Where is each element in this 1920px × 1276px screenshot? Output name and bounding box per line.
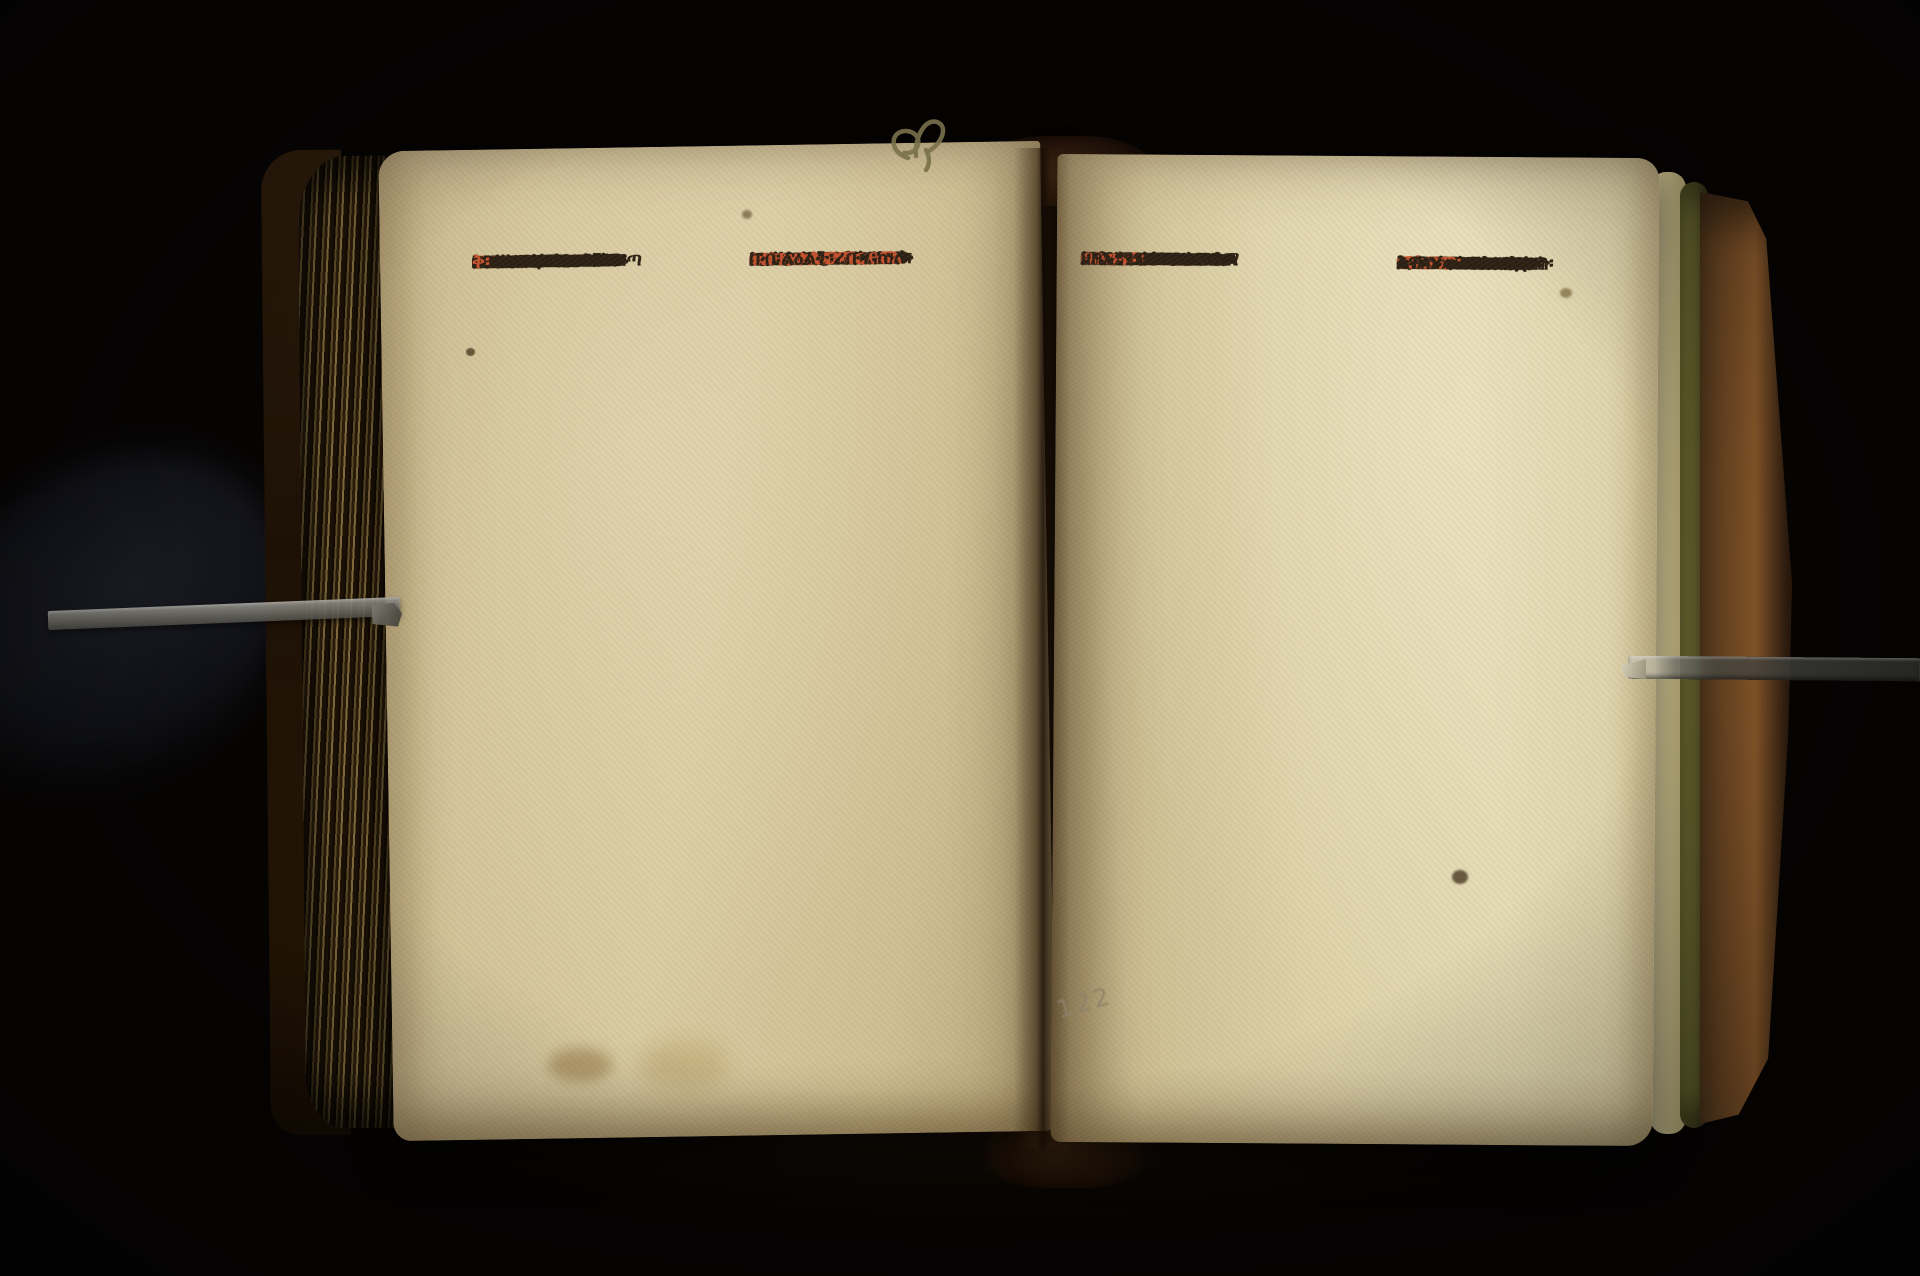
left-page: ወስድቶ፡ማርያም፡እንዘ፡ድንግል፡ይእቲ፡አ፡ለ፡ቅቱዘውእቱ፡ዕብን፡ዘር… xyxy=(378,141,1055,1141)
right-page-column-2: መና፡እንተ፡አስተርአየኪ፡ለነ፡ማየ፡ዝናም፡ትእምርት፡ዋህድ፡ረሰየኪ፡… xyxy=(1392,248,1663,940)
left-page-column-2: ፍይልሳን፡ዘይክል፡ነቢበ፡ዘይትነገር፡በእንቲአኪ፡ኦድንጋል፡ኃጽሕት፡… xyxy=(749,241,1044,986)
measuring-strip-right xyxy=(1628,656,1920,682)
right-page: ሠራዊተ፡ሰማያት፡ይብሉ፡ብፅዕት፡አንቲ፡ሰማይ፡ዳግሚት፡ዲበ፡ምድር፡ኦ… xyxy=(1051,154,1660,1146)
photograph-of-manuscript: ወስድቶ፡ማርያም፡እንዘ፡ድንግል፡ይእቲ፡አ፡ለ፡ቅቱዘውእቱ፡ዕብን፡ዘር… xyxy=(0,0,1920,1276)
bookmark-thread-loop xyxy=(880,100,970,178)
right-page-column-1: ሠራዊተ፡ሰማያት፡ይብሉ፡ብፅዕት፡አንቲ፡ሰማይ፡ዳግሚት፡ዲበ፡ምድር፡ኦ… xyxy=(1076,244,1385,964)
left-page-column-1: ወስድቶ፡ማርያም፡እንዘ፡ድንግል፡ይእቲ፡አ፡ለ፡ቅቱዘውእቱ፡ዕብን፡ዘር… xyxy=(472,243,760,989)
